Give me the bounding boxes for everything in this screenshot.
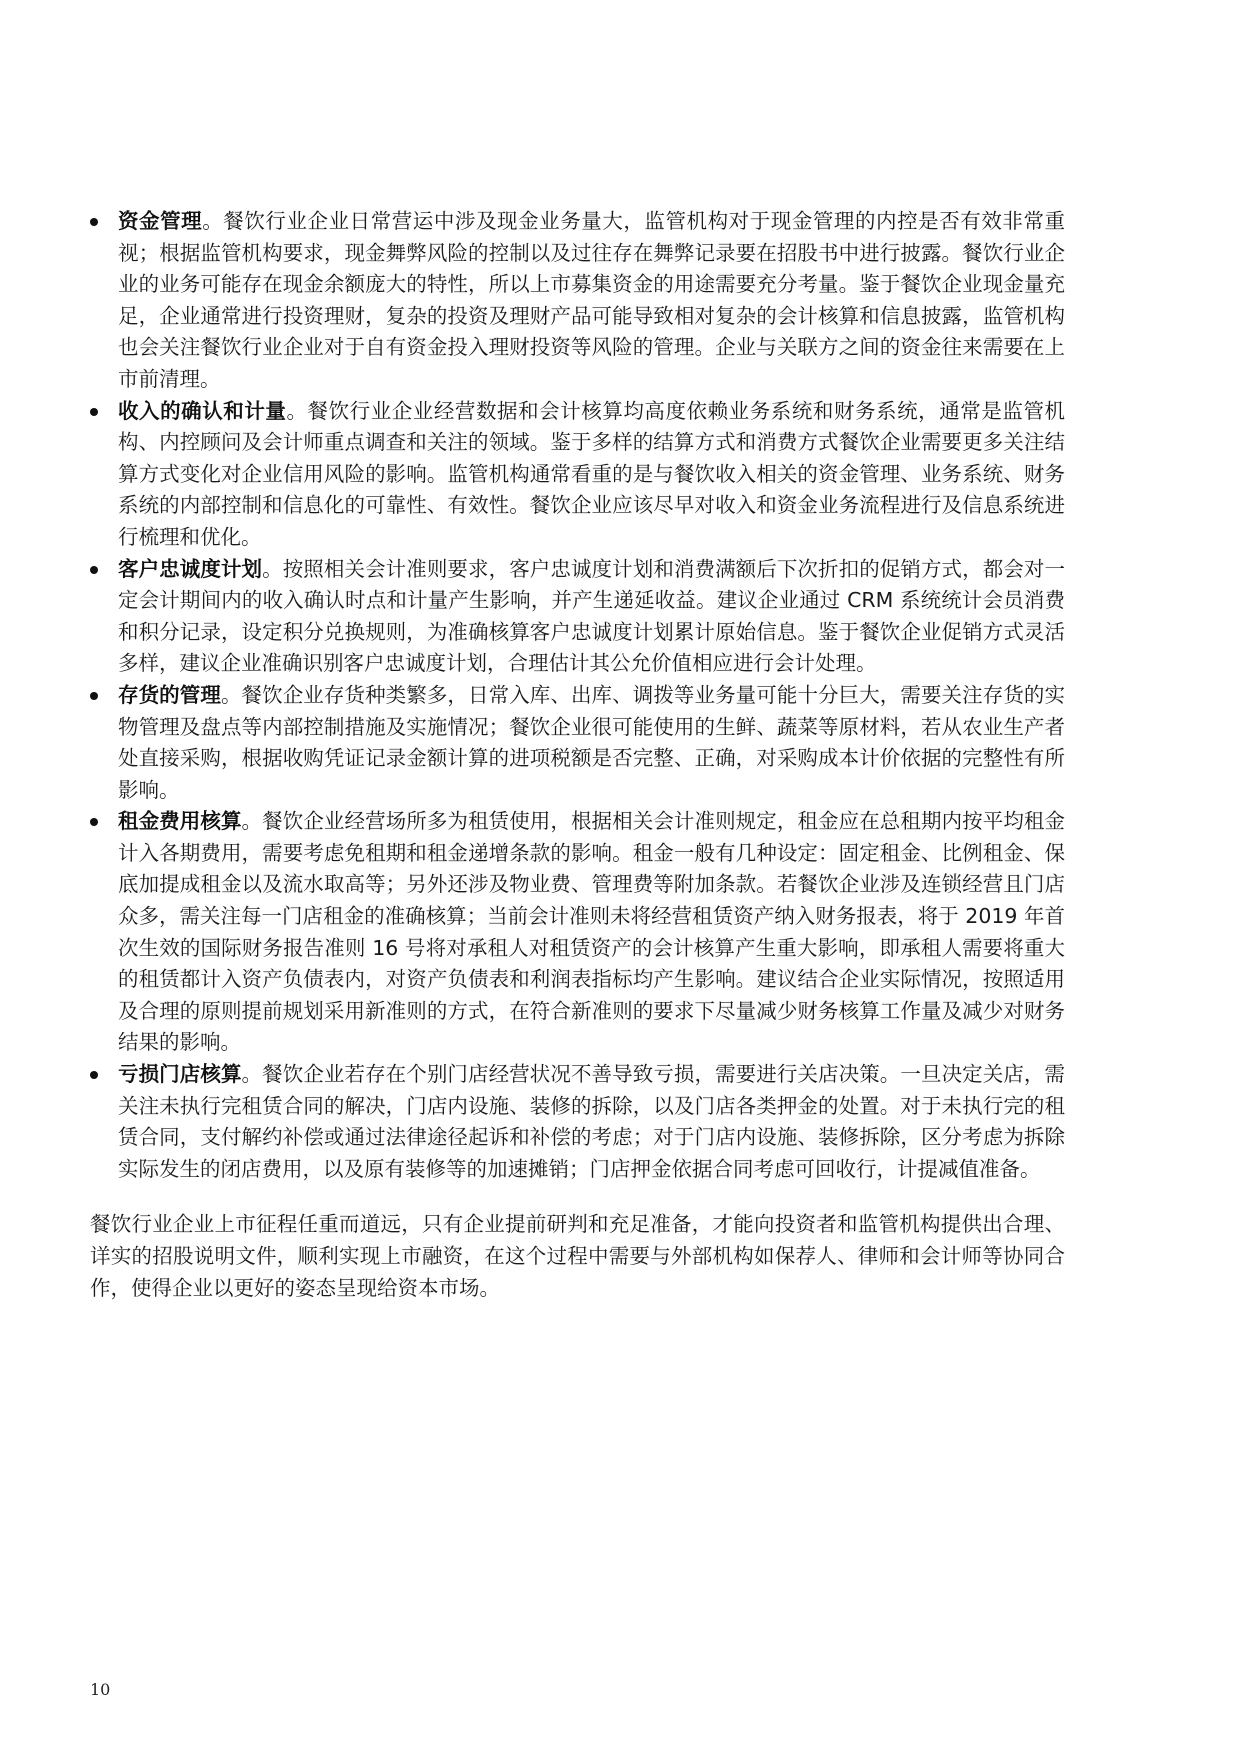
page-number: 10 <box>90 1680 110 1699</box>
bullet-item-rent-accounting: 租金费用核算。餐饮企业经营场所多为租赁使用，根据相关会计准则规定，租金应在总租期… <box>90 806 1065 1059</box>
bullet-item-inventory-management: 存货的管理。餐饮企业存货种类繁多，日常入库、出库、调拨等业务量可能十分巨大，需要… <box>90 680 1065 806</box>
bullet-dot-icon <box>90 408 98 416</box>
bullet-text: 。餐饮行业企业日常营运中涉及现金业务量大，监管机构对于现金管理的内控是否有效非常… <box>118 209 1065 391</box>
bullet-text: 。餐饮企业存货种类繁多，日常入库、出库、调拨等业务量可能十分巨大，需要关注存货的… <box>118 683 1065 802</box>
bullet-item-revenue-recognition: 收入的确认和计量。餐饮行业企业经营数据和会计核算均高度依赖业务系统和财务系统，通… <box>90 396 1065 554</box>
closing-paragraph: 餐饮行业企业上市征程任重而道远，只有企业提前研判和充足准备，才能向投资者和监管机… <box>90 1209 1065 1304</box>
page-content: 资金管理。餐饮行业企业日常营运中涉及现金业务量大，监管机构对于现金管理的内控是否… <box>90 206 1065 1325</box>
bullet-dot-icon <box>90 1071 98 1079</box>
bullet-term: 租金费用核算 <box>118 809 242 833</box>
bullet-item-loss-store-accounting: 亏损门店核算。餐饮企业若存在个别门店经营状况不善导致亏损，需要进行关店决策。一旦… <box>90 1059 1065 1185</box>
bullet-term: 客户忠诚度计划 <box>118 557 262 581</box>
bullet-term: 亏损门店核算 <box>118 1062 242 1086</box>
bullet-term: 收入的确认和计量 <box>118 399 286 423</box>
bullet-item-cash-management: 资金管理。餐饮行业企业日常营运中涉及现金业务量大，监管机构对于现金管理的内控是否… <box>90 206 1065 396</box>
bullet-dot-icon <box>90 566 98 574</box>
bullet-dot-icon <box>90 692 98 700</box>
document-page: 资金管理。餐饮行业企业日常营运中涉及现金业务量大，监管机构对于现金管理的内控是否… <box>0 0 1240 1754</box>
bullet-text: 。餐饮企业若存在个别门店经营状况不善导致亏损，需要进行关店决策。一旦决定关店，需… <box>118 1062 1065 1181</box>
bullet-term: 存货的管理 <box>118 683 221 707</box>
bullet-item-loyalty-program: 客户忠诚度计划。按照相关会计准则要求，客户忠诚度计划和消费满额后下次折扣的促销方… <box>90 554 1065 680</box>
bullet-list: 资金管理。餐饮行业企业日常营运中涉及现金业务量大，监管机构对于现金管理的内控是否… <box>90 206 1065 1185</box>
bullet-text: 。餐饮企业经营场所多为租赁使用，根据相关会计准则规定，租金应在总租期内按平均租金… <box>118 809 1065 1054</box>
bullet-dot-icon <box>90 218 98 226</box>
bullet-term: 资金管理 <box>118 209 202 233</box>
bullet-dot-icon <box>90 818 98 826</box>
